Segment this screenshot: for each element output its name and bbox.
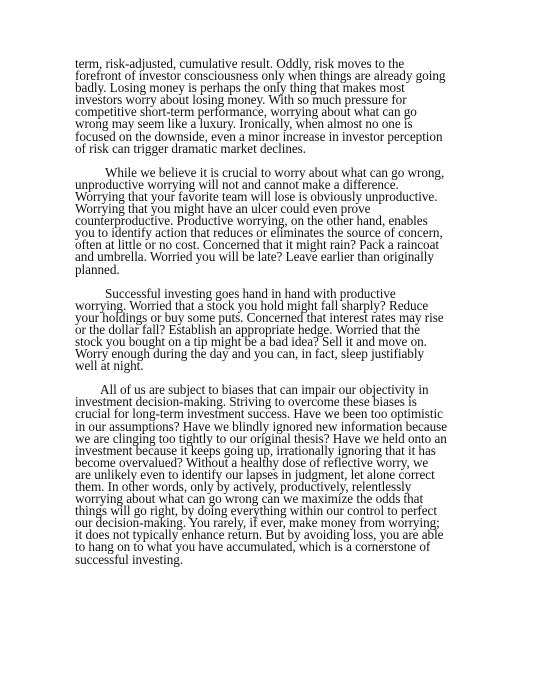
paragraph-4: All of us are subject to biases that can… xyxy=(75,384,475,565)
body-text: term, risk-adjusted, cumulative result. … xyxy=(75,58,475,578)
text-line: well at night. xyxy=(75,360,475,372)
text-line: successful investing. xyxy=(75,554,475,566)
document-page: term, risk-adjusted, cumulative result. … xyxy=(0,0,541,700)
paragraph-1: term, risk-adjusted, cumulative result. … xyxy=(75,58,475,155)
text-line: planned. xyxy=(75,264,475,276)
paragraph-3: Successful investing goes hand in hand w… xyxy=(75,288,475,373)
paragraph-2: While we believe it is crucial to worry … xyxy=(75,167,475,276)
text-line: and umbrella. Worried you will be late? … xyxy=(75,251,475,263)
text-line: of risk can trigger dramatic market decl… xyxy=(75,143,475,155)
